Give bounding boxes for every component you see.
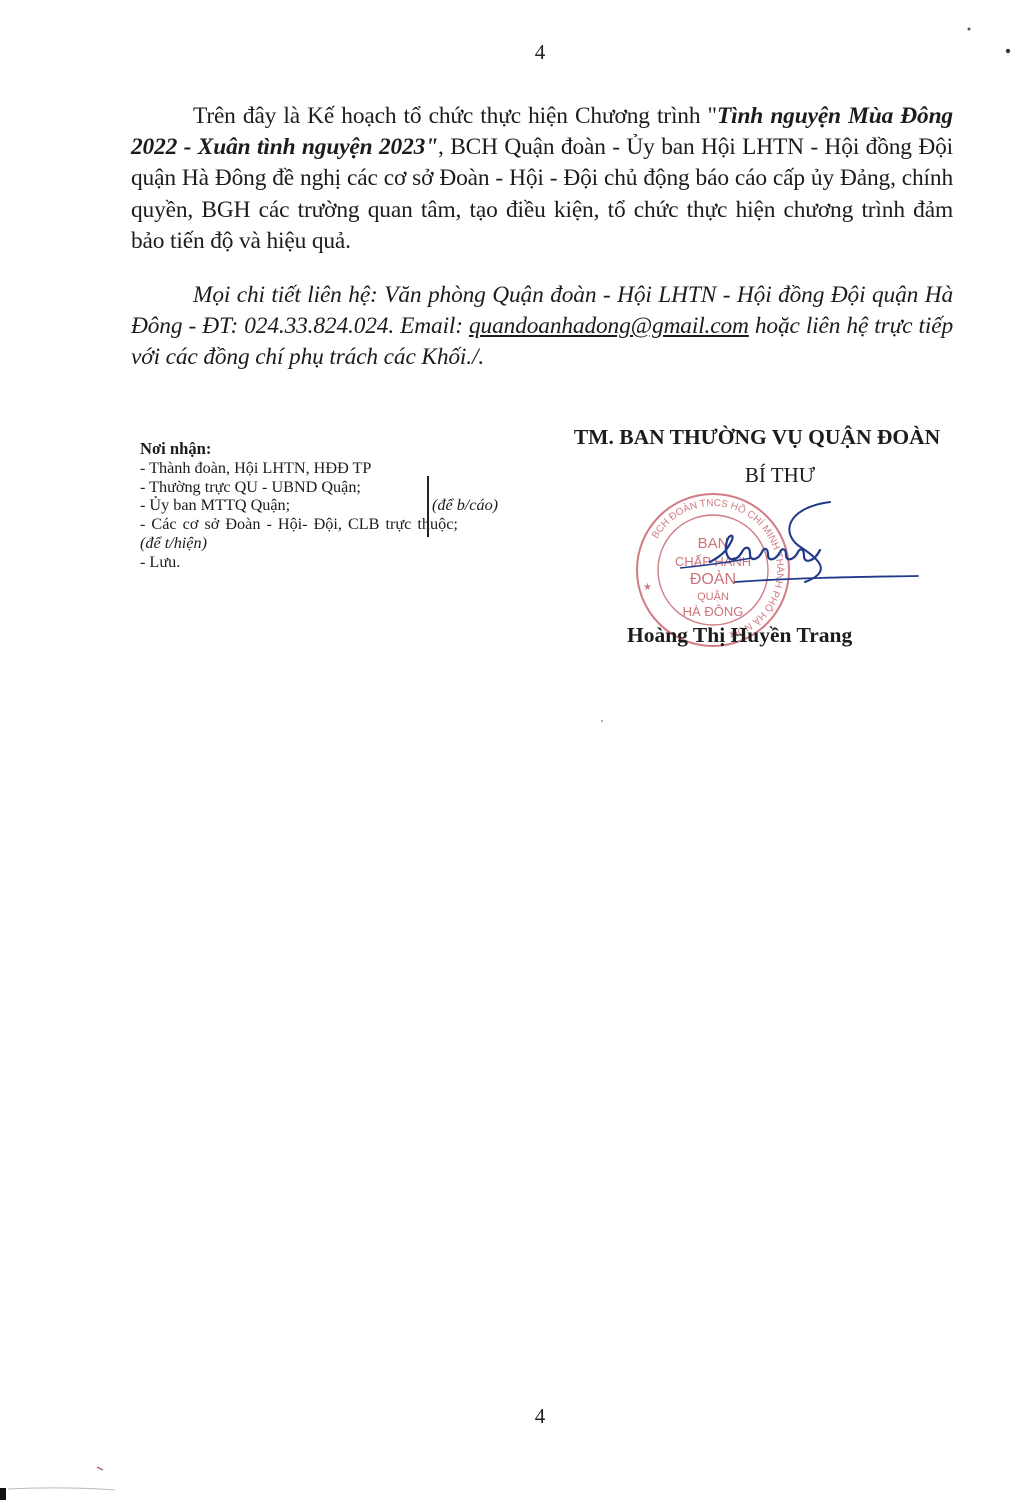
closing-paragraph: Trên đây là Kế hoạch tổ chức thực hiện C…	[131, 101, 953, 257]
contact-paragraph: Mọi chi tiết liên hệ: Văn phòng Quận đoà…	[131, 280, 953, 374]
recipient-item: - Thường trực QU - UBND Quận;	[140, 478, 530, 497]
recipient-item-note: (để t/hiện)	[140, 534, 530, 553]
signature-role: BÍ THƯ	[580, 462, 980, 488]
recipients-bracket	[427, 476, 429, 537]
recipients-group-note: (để b/cáo)	[432, 496, 498, 515]
para1-text-before: Trên đây là Kế hoạch tổ chức thực hiện C…	[193, 103, 717, 129]
email-link[interactable]: quandoanhadong@gmail.com	[469, 313, 749, 339]
signature-title: TM. BAN THƯỜNG VỤ QUẬN ĐOÀN	[534, 424, 980, 450]
page-number-bottom: 4	[0, 1404, 1036, 1429]
recipients-heading: Nơi nhận:	[140, 440, 530, 459]
svg-text:★: ★	[643, 582, 652, 593]
handwritten-signature-icon	[680, 490, 920, 600]
page-number-top: 4	[0, 40, 1036, 65]
signature-block: TM. BAN THƯỜNG VỤ QUẬN ĐOÀN BÍ THƯ	[540, 424, 980, 488]
recipient-item: - Lưu.	[140, 553, 530, 572]
stamp-line: HÀ ĐÔNG	[683, 604, 744, 619]
recipient-item: - Các cơ sở Đoàn - Hội- Đội, CLB trực th…	[140, 515, 530, 534]
signer-name: Hoàng Thị Huyền Trang	[627, 623, 852, 648]
recipient-item: - Thành đoàn, Hội LHTN, HĐĐ TP	[140, 459, 530, 478]
